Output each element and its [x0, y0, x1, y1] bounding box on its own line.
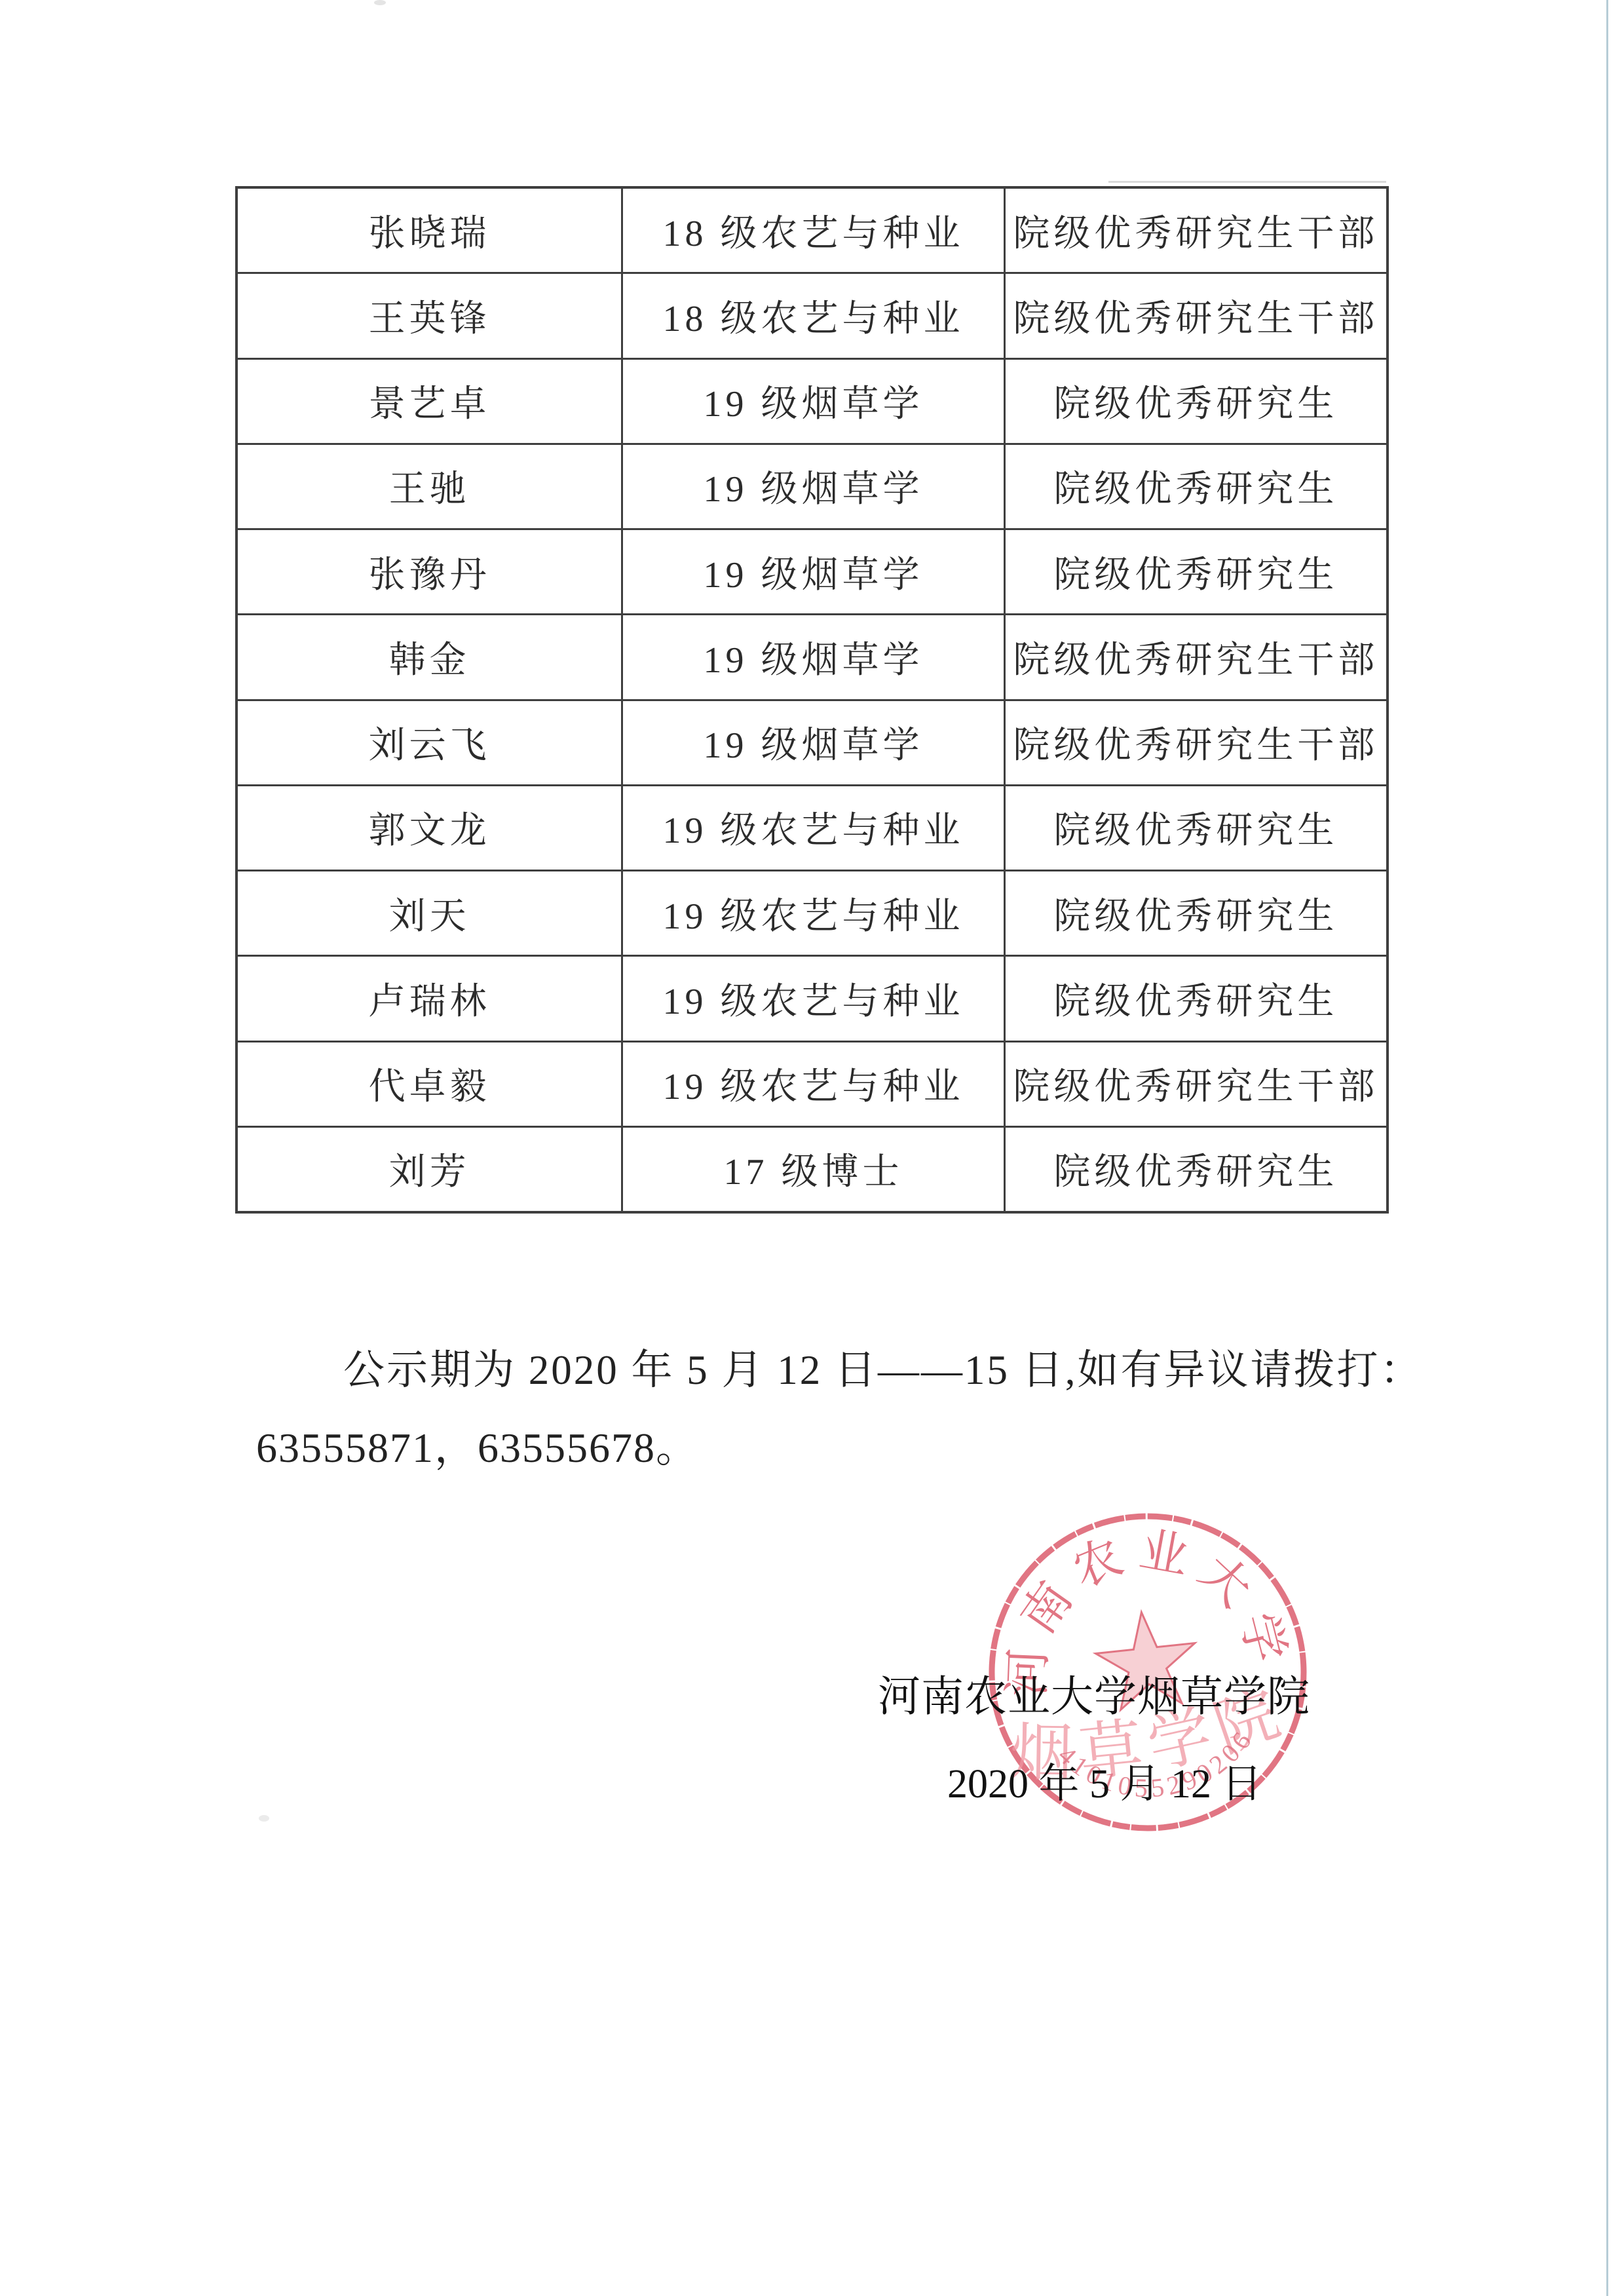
cell-name: 刘天: [238, 871, 621, 955]
cell-program: 18 级农艺与种业: [623, 189, 1003, 272]
cell-award: 院级优秀研究生: [1006, 1128, 1386, 1211]
cell-program: 17 级博士: [623, 1128, 1003, 1211]
table-row: 张豫丹 19 级烟草学 院级优秀研究生: [238, 530, 1386, 613]
scan-edge-line: [1606, 0, 1608, 2296]
notice-line-1: 公示期为 2020 年 5 月 12 日——15 日,如有异议请拨打：: [256, 1337, 1424, 1396]
cell-name: 韩金: [238, 615, 621, 698]
cell-award: 院级优秀研究生干部: [1006, 615, 1386, 698]
cell-program: 19 级烟草学: [623, 445, 1003, 528]
notice-line-2: 63555871，63555678。: [256, 1414, 699, 1474]
cell-program: 19 级烟草学: [623, 701, 1003, 784]
cell-name: 景艺卓: [238, 360, 621, 443]
cell-program: 18 级农艺与种业: [623, 274, 1003, 357]
cell-program: 19 级农艺与种业: [623, 1043, 1003, 1126]
cell-program: 19 级烟草学: [623, 360, 1003, 443]
cell-name: 卢瑞林: [238, 957, 621, 1040]
table-row: 王英锋 18 级农艺与种业 院级优秀研究生干部: [238, 274, 1386, 357]
award-table: 张晓瑞 18 级农艺与种业 院级优秀研究生干部 王英锋 18 级农艺与种业 院级…: [235, 186, 1389, 1214]
table-row: 刘天 19 级农艺与种业 院级优秀研究生: [238, 871, 1386, 955]
table-row: 代卓毅 19 级农艺与种业 院级优秀研究生干部: [238, 1043, 1386, 1126]
table-row: 景艺卓 19 级烟草学 院级优秀研究生: [238, 360, 1386, 443]
cell-award: 院级优秀研究生干部: [1006, 701, 1386, 784]
cell-award: 院级优秀研究生: [1006, 957, 1386, 1040]
table-shadow-line: [1108, 181, 1386, 183]
scanned-document-page: 张晓瑞 18 级农艺与种业 院级优秀研究生干部 王英锋 18 级农艺与种业 院级…: [0, 0, 1624, 2296]
cell-name: 郭文龙: [238, 786, 621, 870]
cell-award: 院级优秀研究生: [1006, 530, 1386, 613]
cell-name: 刘芳: [238, 1128, 621, 1211]
cell-name: 王驰: [238, 445, 621, 528]
cell-award: 院级优秀研究生: [1006, 786, 1386, 870]
cell-award: 院级优秀研究生: [1006, 871, 1386, 955]
table-row: 郭文龙 19 级农艺与种业 院级优秀研究生: [238, 786, 1386, 870]
cell-award: 院级优秀研究生干部: [1006, 274, 1386, 357]
cell-program: 19 级烟草学: [623, 615, 1003, 698]
cell-award: 院级优秀研究生干部: [1006, 1043, 1386, 1126]
table-row: 刘云飞 19 级烟草学 院级优秀研究生干部: [238, 701, 1386, 784]
cell-name: 张晓瑞: [238, 189, 621, 272]
signature-date: 2020 年 5 月 12 日: [947, 1751, 1262, 1809]
cell-program: 19 级农艺与种业: [623, 871, 1003, 955]
cell-program: 19 级烟草学: [623, 530, 1003, 613]
cell-name: 王英锋: [238, 274, 621, 357]
cell-program: 19 级农艺与种业: [623, 957, 1003, 1040]
cell-name: 张豫丹: [238, 530, 621, 613]
signature-org: 河南农业大学烟草学院: [878, 1662, 1310, 1723]
cell-award: 院级优秀研究生: [1006, 360, 1386, 443]
table-row: 王驰 19 级烟草学 院级优秀研究生: [238, 445, 1386, 528]
table-row: 韩金 19 级烟草学 院级优秀研究生干部: [238, 615, 1386, 698]
scan-mark-top: [374, 0, 386, 5]
table-row: 张晓瑞 18 级农艺与种业 院级优秀研究生干部: [238, 189, 1386, 272]
cell-program: 19 级农艺与种业: [623, 786, 1003, 870]
cell-name: 刘云飞: [238, 701, 621, 784]
scan-mark-bottom: [259, 1815, 269, 1822]
cell-name: 代卓毅: [238, 1043, 621, 1126]
cell-award: 院级优秀研究生干部: [1006, 189, 1386, 272]
cell-award: 院级优秀研究生: [1006, 445, 1386, 528]
table-row: 刘芳 17 级博士 院级优秀研究生: [238, 1128, 1386, 1211]
table-row: 卢瑞林 19 级农艺与种业 院级优秀研究生: [238, 957, 1386, 1040]
